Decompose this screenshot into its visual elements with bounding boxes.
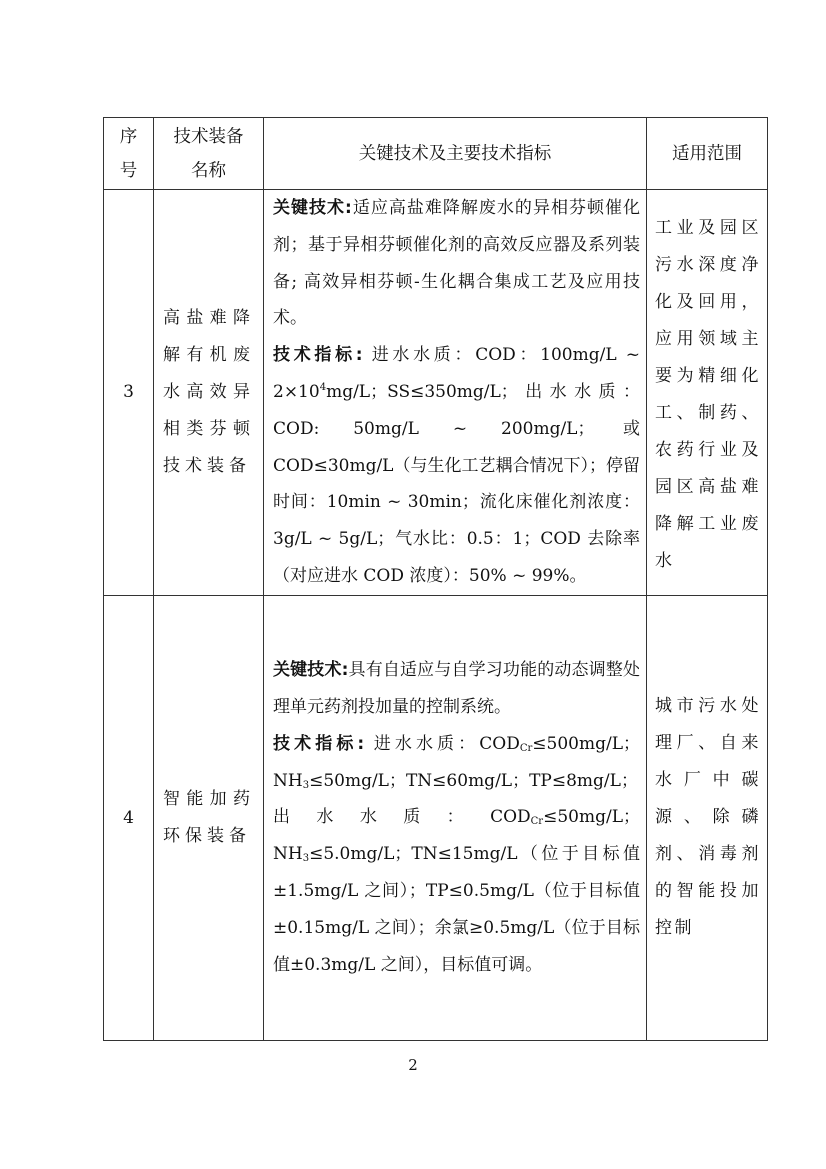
key-technology-block: 关键技术:适应高盐难降解废水的异相芬顿催化剂；基于异相芬顿催化剂的高效反应器及系… (264, 190, 646, 595)
technical-index-label: 技术指标: (273, 734, 364, 754)
technical-index-text: ≤5.0mg/L；TN≤15mg/L（位于目标值±1.5mg/L 之间）；TP≤… (273, 844, 640, 974)
table-row: 4 智能加药环保装备 关键技术:具有自适应与自学习功能的动态调整处理单元药剂投加… (104, 595, 768, 1040)
header-serial-line-2: 号 (104, 154, 153, 188)
header-key-technology: 关键技术及主要技术指标 (264, 118, 647, 190)
row-serial-number: 3 (104, 190, 154, 596)
header-scope: 适用范围 (647, 118, 768, 190)
header-equipment-name: 技术装备 名称 (154, 118, 264, 190)
row-key-technology: 关键技术:具有自适应与自学习功能的动态调整处理单元药剂投加量的控制系统。 技术指… (264, 595, 647, 1040)
key-technology-paragraph: 关键技术:具有自适应与自学习功能的动态调整处理单元药剂投加量的控制系统。 (273, 652, 640, 726)
row-key-technology: 关键技术:适应高盐难降解废水的异相芬顿催化剂；基于异相芬顿催化剂的高效反应器及系… (264, 190, 647, 596)
technical-index-text: 进水水质：COD (374, 734, 520, 754)
header-name-line-2: 名称 (154, 154, 263, 188)
technology-equipment-table: 序 号 技术装备 名称 关键技术及主要技术指标 适用范围 3 高盐难降解有机废水… (103, 117, 768, 1041)
subscript: Cr (531, 816, 543, 827)
table-header-row: 序 号 技术装备 名称 关键技术及主要技术指标 适用范围 (104, 118, 768, 190)
row-scope: 城市污水处理厂、自来水厂中碳源、除磷剂、消毒剂的智能投加控制 (647, 595, 768, 1040)
key-technology-paragraph: 关键技术:适应高盐难降解废水的异相芬顿催化剂；基于异相芬顿催化剂的高效反应器及系… (273, 190, 640, 337)
equipment-name-text: 高盐难降解有机废水高效异相类芬顿技术装备 (154, 300, 263, 485)
header-name-line-1: 技术装备 (154, 120, 263, 154)
scope-text: 城市污水处理厂、自来水厂中碳源、除磷剂、消毒剂的智能投加控制 (647, 688, 767, 947)
row-equipment-name: 智能加药环保装备 (154, 595, 264, 1040)
technical-index-paragraph: 技术指标: 进水水质：CODCr≤500mg/L；NH3≤50mg/L；TN≤6… (273, 726, 640, 984)
technical-index-paragraph: 技术指标: 进水水质：COD：100mg/L ~ 2×104mg/L；SS≤35… (273, 337, 640, 595)
subscript: Cr (520, 743, 532, 754)
equipment-name-text: 智能加药环保装备 (154, 781, 263, 855)
key-technology-label: 关键技术: (273, 198, 352, 218)
technical-index-text: mg/L；SS≤350mg/L；出水水质：COD: 50mg/L ~ 200mg… (273, 382, 640, 586)
row-scope: 工业及园区污水深度净化及回用，应用领域主要为精细化工、制药、农药行业及园区高盐难… (647, 190, 768, 596)
header-serial-number: 序 号 (104, 118, 154, 190)
table-row: 3 高盐难降解有机废水高效异相类芬顿技术装备 关键技术:适应高盐难降解废水的异相… (104, 190, 768, 596)
row-serial-number: 4 (104, 595, 154, 1040)
technical-index-label: 技术指标: (273, 345, 363, 365)
page-number: 2 (0, 1056, 826, 1074)
scope-text: 工业及园区污水深度净化及回用，应用领域主要为精细化工、制药、农药行业及园区高盐难… (647, 190, 767, 580)
key-technology-label: 关键技术: (273, 660, 348, 680)
key-technology-block: 关键技术:具有自适应与自学习功能的动态调整处理单元药剂投加量的控制系统。 技术指… (264, 652, 646, 983)
row-equipment-name: 高盐难降解有机废水高效异相类芬顿技术装备 (154, 190, 264, 596)
header-serial-line-1: 序 (104, 120, 153, 154)
